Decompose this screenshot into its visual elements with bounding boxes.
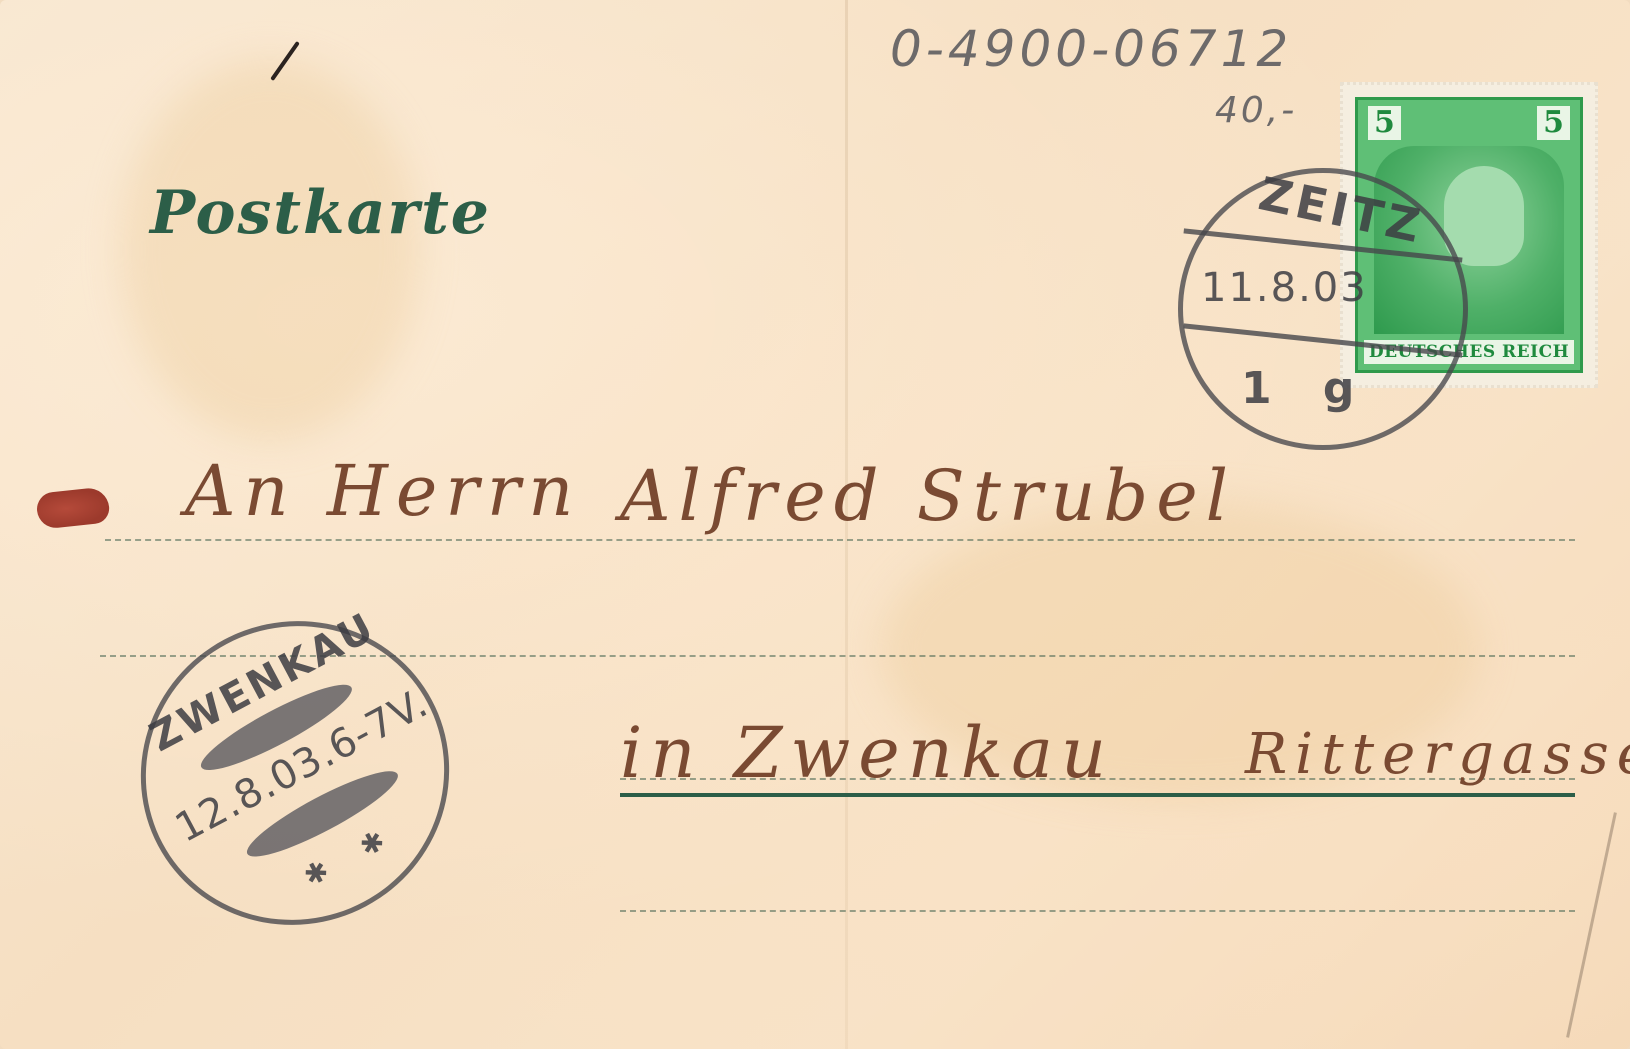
address-first-name: Alfred Strubel [620,455,1236,537]
paper-stain [120,60,420,440]
address-street: Rittergasse [1245,722,1630,787]
address-salutation: An Herrn [185,450,581,532]
price-note: 40,- [1215,90,1297,131]
inventory-number: 0-4900-06712 [890,20,1292,78]
address-line [105,539,1575,541]
paper-tear [1566,812,1617,1038]
postmark-zeitz: ZEITZ 11.8.03 1 g [1178,168,1468,450]
address-city-name: Zwenkau [734,712,1114,794]
postcard: 0-4900-06712 40,- Postkarte 5 5 DEUTSCHE… [0,0,1630,1049]
stamp-value-left: 5 [1368,106,1401,140]
wax-seal-mark [35,486,110,529]
postmark-date: 11.8.03 [1201,265,1368,311]
address-line [620,910,1575,912]
address-city-prefix: in [620,712,703,794]
postmark-code: 1 g [1241,363,1372,414]
germania-head-icon [1444,166,1524,266]
postmark-bar [1184,323,1463,357]
stamp-value-right: 5 [1537,106,1570,140]
postmark-zwenkau: ZWENKAU 12.8.03.6-7V. ✱✱ [87,567,502,979]
address-city: in Zwenkau [620,712,1114,794]
postcard-heading: Postkarte [150,178,491,248]
